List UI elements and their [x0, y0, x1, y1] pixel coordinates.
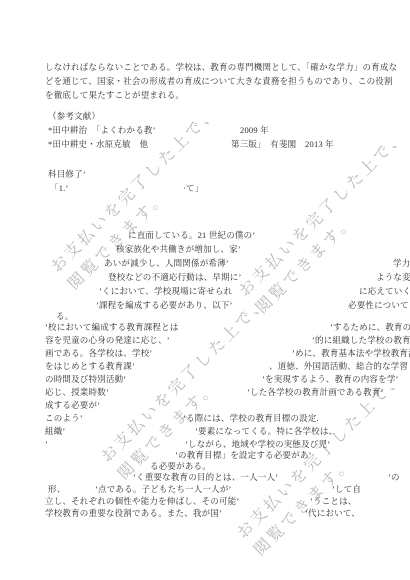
text-fragment: 形、: [48, 484, 65, 495]
text-line: 形、ʼ点である。子どもたち一人一人がʼʼして自: [0, 484, 410, 496]
text-fragment: ʼして自: [332, 484, 361, 495]
text-fragment: の時間及び特別活動ʼ: [45, 374, 126, 385]
text-fragment: ʼした各学校の教育計画である教育ʼ: [247, 387, 384, 398]
text-fragment: ʼ: [45, 439, 48, 450]
text-fragment: ʼしながら、地域や学校の実態及び児ʼ: [185, 439, 330, 450]
text-fragment: ʼの教育目標」を設定する必要があʼ: [175, 450, 312, 461]
text-line: を徹底して果たすことが望まれる。: [0, 90, 410, 102]
text-line: 画である。各学校は、学校ʼʼめに、教育基本法や学校教育法: [0, 348, 410, 360]
text-fragment: る必要がある。: [150, 461, 211, 472]
text-fragment: ʼる際には、学校の教育目標の設定.: [183, 413, 319, 424]
text-fragment: ʼ的に組織した学校の教育計: [312, 335, 410, 346]
text-line: に直面している。21 世紀の僕のʼ: [0, 230, 410, 242]
text-line: このようʼʼる際には、学校の教育目標の設定.: [0, 413, 410, 425]
text-line: ʼ校において編成する教育課程とはʼするために、教育の内: [0, 322, 410, 334]
text-fragment: 科目修了ʼ: [48, 169, 86, 180]
text-fragment: ʼく重要な教育の目的とは、一人一人ʼ: [133, 472, 278, 483]
text-fragment: 第三版」 有斐閣 2013 年: [231, 139, 334, 150]
text-fragment: 組織ʼ: [45, 426, 65, 437]
text-fragment: しなければならないことである。学校は、教育の専門機関として、「確かな学力」の育成…: [45, 62, 397, 73]
document-page: お支払いを完了した上で、閲覧できます。お支払いを完了した上で、閲覧できます。お支…: [0, 0, 410, 580]
text-fragment: を徹底して果たすことが望まれる。: [45, 90, 184, 101]
text-fragment: ʼの: [388, 472, 400, 483]
text-line: 成する必要がʼ: [0, 400, 410, 412]
text-line: 学校教育の重要な役割である。また、我が国ʼʼ代において、: [0, 508, 410, 520]
text-fragment: ʼ点である。子どもたち一人一人がʼ: [95, 484, 232, 495]
text-fragment: *田中耕史・水原克敏 他: [48, 139, 148, 150]
text-fragment: ʼ課程を編成する必要があり、以下ʼ: [96, 300, 233, 311]
text-fragment: 応じ、授業時数ʼ: [45, 387, 109, 398]
text-line: の時間及び特別活動ʼʼを実現するよう、教育の内容を学ʼ: [0, 374, 410, 386]
text-line: 登校などの不適応行動は、早期にʼような変: [0, 272, 410, 284]
text-fragment: ʼ校において編成する教育課程とは: [45, 322, 179, 333]
text-fragment: 画である。各学校は、学校ʼ: [45, 348, 152, 359]
text-fragment: ·て」: [183, 183, 203, 194]
text-line: *田中耕治 「よくわかる教ʼ2009 年: [0, 125, 410, 137]
text-fragment: 成する必要がʼ: [45, 400, 100, 411]
text-fragment: る。: [56, 311, 73, 322]
text-fragment: あいが減少し、人間関係が希薄ʼ: [104, 258, 229, 269]
text-fragment: 学力: [393, 258, 410, 269]
text-line: ʼくにおいて、学校現場に寄せられに応えていく: [0, 286, 410, 298]
text-line: ʼく重要な教育の目的とは、一人一人ʼʼの: [0, 472, 410, 484]
text-line: 組織ʼʼ要素になってくる。特に各学校は、: [0, 426, 410, 438]
text-line: 「1.ʼ·て」: [0, 183, 410, 195]
text-line: 科目修了ʼ: [0, 169, 410, 181]
text-line: *田中耕史・水原克敏 他第三版」 有斐閣 2013 年: [0, 139, 410, 151]
text-layer: しなければならないことである。学校は、教育の専門機関として、「確かな学力」の育成…: [0, 0, 410, 580]
text-line: 応じ、授業時数ʼʼした各学校の教育計画である教育ʼ: [0, 387, 410, 399]
text-line: どを通じて、国家・社会の形成者の育成について大きな責務を担うものであり、この役割: [0, 76, 410, 88]
text-fragment: ʼ要素になってくる。特に各学校は、: [195, 426, 337, 437]
text-fragment: に直面している。21 世紀の僕のʼ: [128, 230, 255, 241]
text-fragment: 「1.ʼ: [50, 183, 69, 194]
text-fragment: 容を児童の心身の発達に応じ、ʼ: [45, 335, 170, 346]
text-fragment: 2009 年: [240, 125, 269, 136]
text-fragment: をはじめとする教育課ʼ: [45, 361, 135, 372]
text-fragment: ʼするために、教育の内: [330, 322, 410, 333]
text-fragment: ʼめに、教育基本法や学校教育法: [292, 348, 410, 359]
text-line: しなければならないことである。学校は、教育の専門機関として、「確かな学力」の育成…: [0, 62, 410, 74]
text-line: 核家族化や共働きが増加し、家ʼ: [0, 244, 410, 256]
text-fragment: に応えていく: [359, 286, 410, 297]
text-fragment: （参考文献）: [48, 111, 100, 122]
text-fragment: ʼ代において、: [305, 508, 360, 519]
text-fragment: どを通じて、国家・社会の形成者の育成について大きな責務を担うものであり、この役割: [45, 76, 393, 87]
text-line: あいが減少し、人間関係が希薄ʼ学力: [0, 258, 410, 270]
text-fragment: *田中耕治 「よくわかる教ʼ: [48, 125, 156, 136]
text-line: 立し、それぞれの個性や能力を伸ばし、その可能ʼʼうことは、: [0, 496, 410, 508]
text-fragment: 核家族化や共働きが増加し、家ʼ: [116, 244, 241, 255]
text-line: 容を児童の心身の発達に応じ、ʼʼ的に組織した学校の教育計: [0, 335, 410, 347]
text-fragment: ʼうことは、: [310, 496, 357, 507]
text-line: をはじめとする教育課ʼ、道徳、外国語活動、総合的な学習: [0, 361, 410, 373]
text-fragment: 登校などの不適応行動は、早期にʼ: [108, 272, 242, 283]
text-fragment: ʼを実現するよう、教育の内容を学ʼ: [262, 374, 399, 385]
text-fragment: ような変: [376, 272, 410, 283]
text-fragment: 必要性について: [348, 300, 409, 311]
text-fragment: ʼくにおいて、学校現場に寄せられ: [99, 286, 232, 297]
text-fragment: 学校教育の重要な役割である。また、我が国ʼ: [45, 508, 222, 519]
text-fragment: 、道徳、外国語活動、総合的な学習: [269, 361, 408, 372]
text-fragment: このようʼ: [45, 413, 83, 424]
text-line: （参考文献）: [0, 111, 410, 123]
text-fragment: 立し、それぞれの個性や能力を伸ばし、その可能ʼ: [45, 496, 239, 507]
